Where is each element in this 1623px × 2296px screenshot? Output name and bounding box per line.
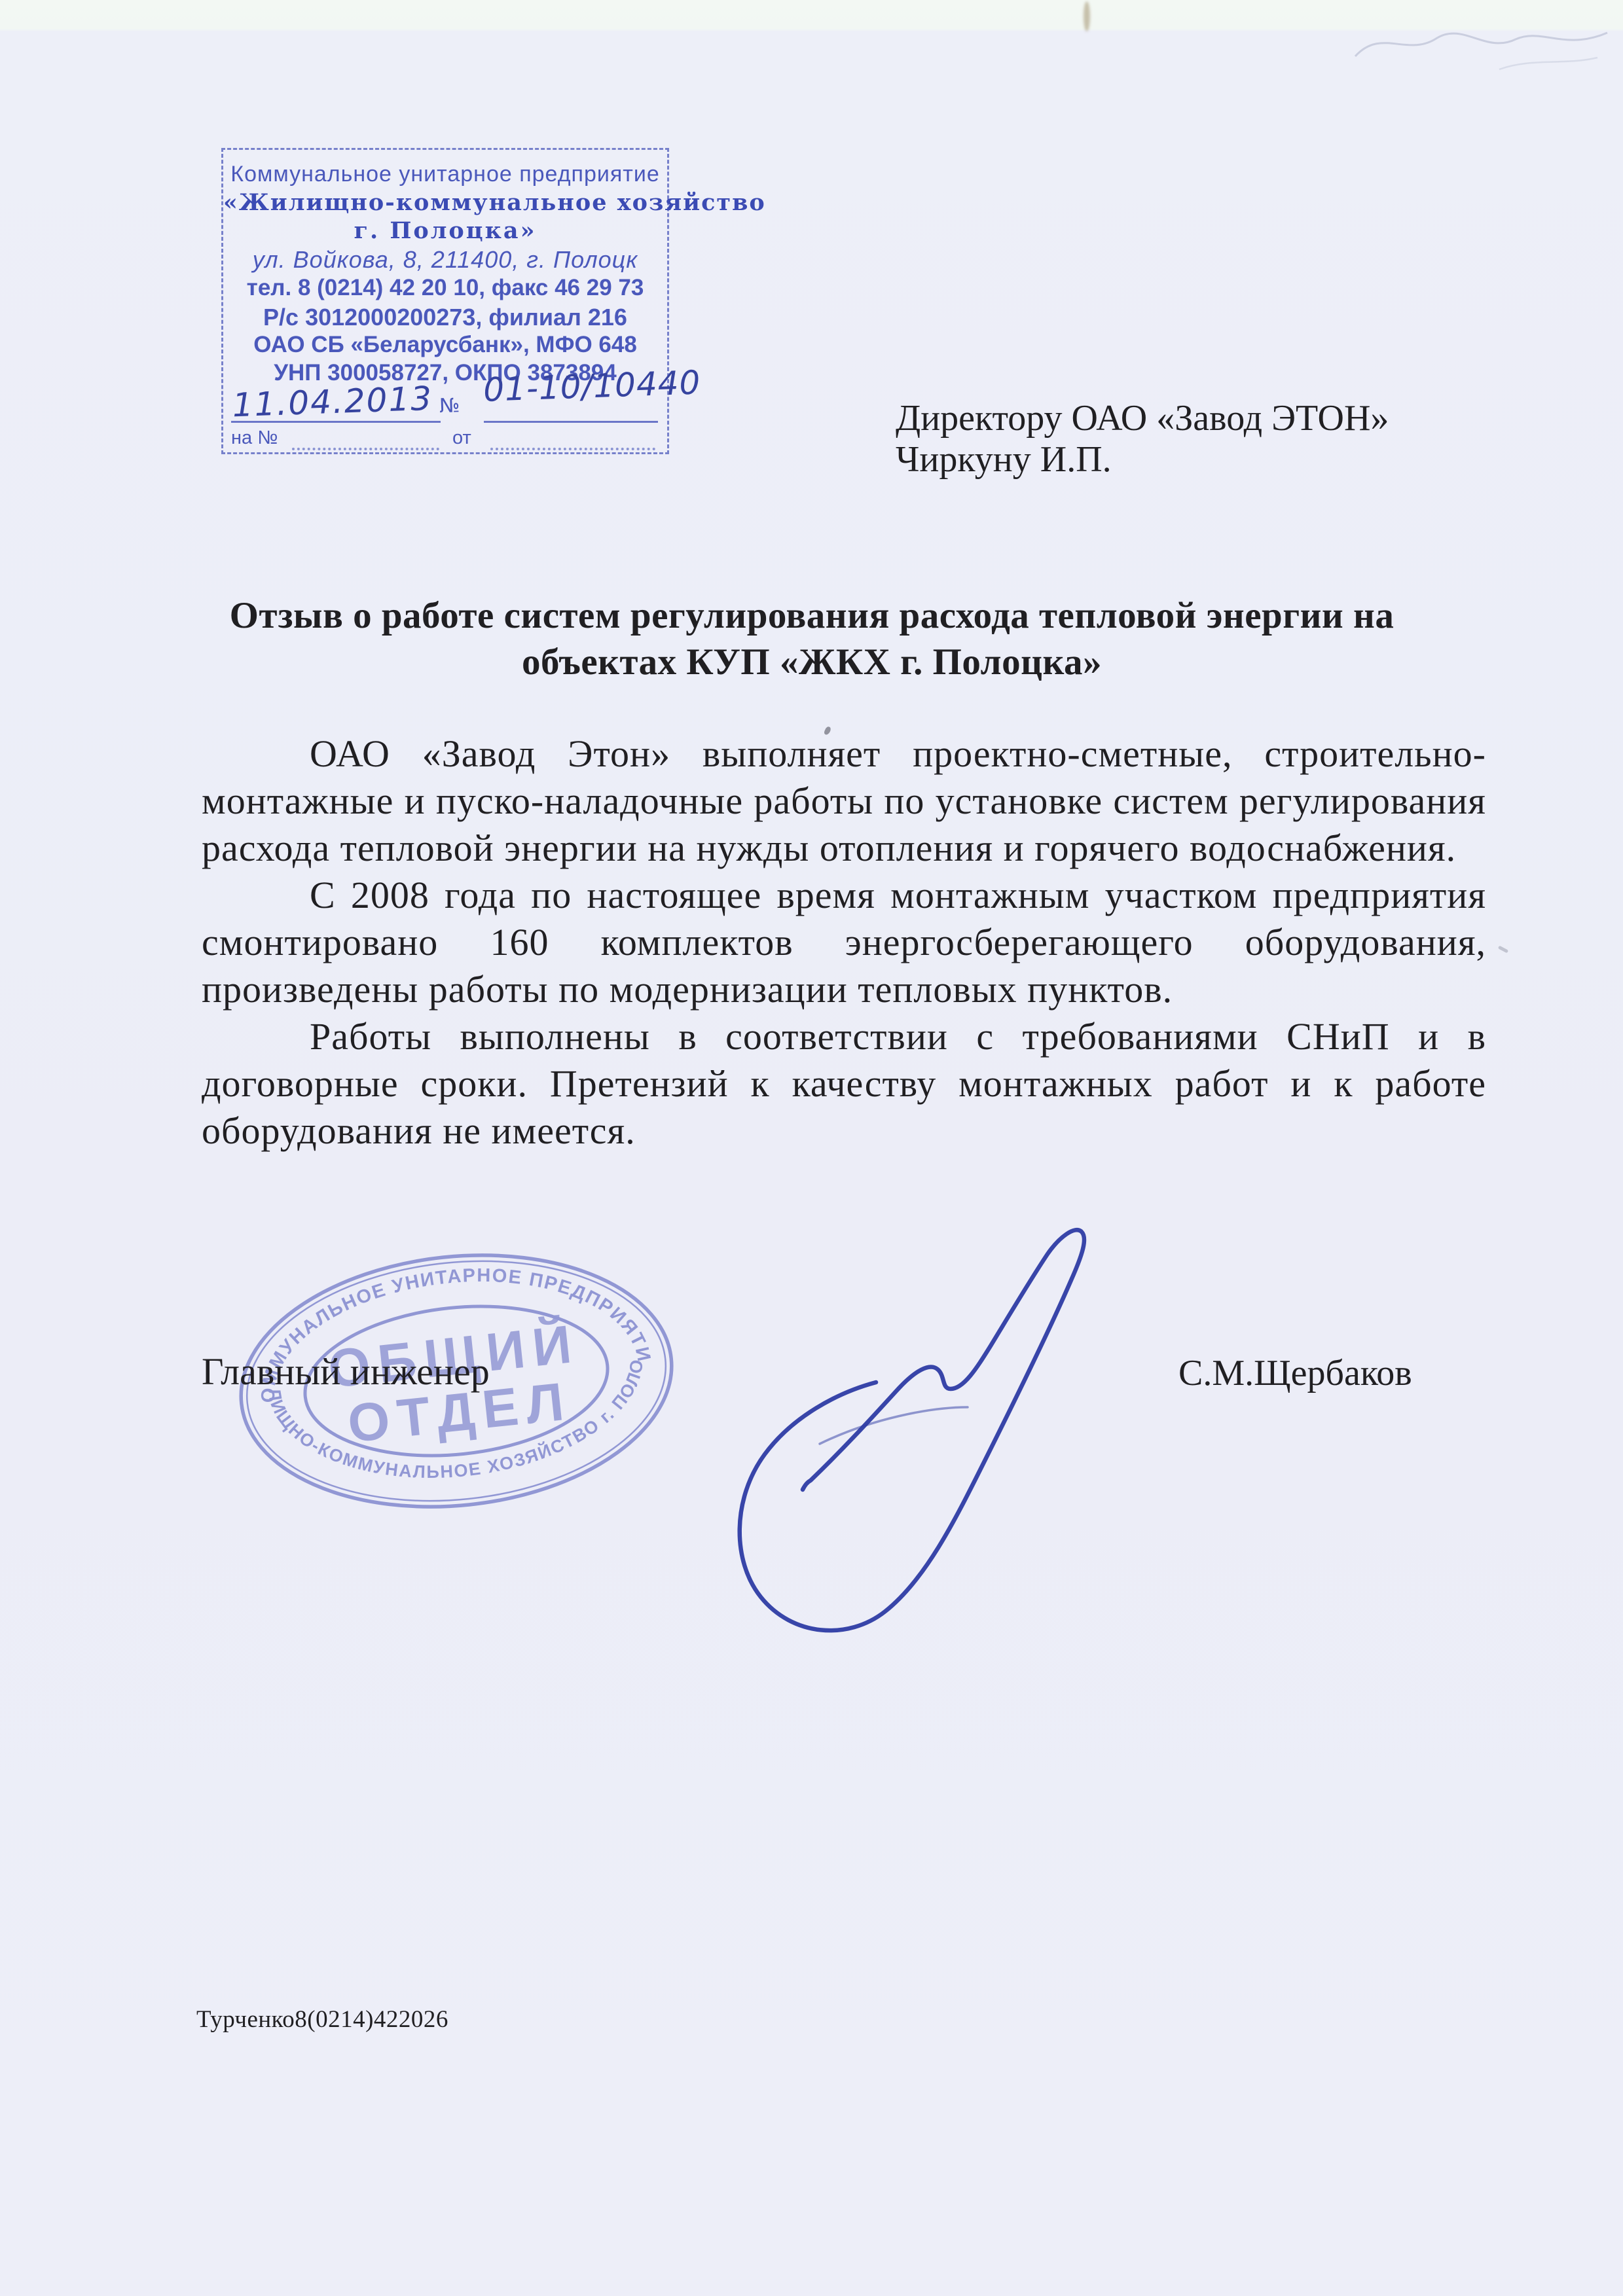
corner-stamp-address: ул. Войкова, 8, 211400, г. Полоцк <box>223 246 667 274</box>
handwritten-date: 11.04.2013 <box>232 380 433 425</box>
signoff-name: С.М.Щербаков <box>1178 1352 1412 1394</box>
letter-title-line-1: Отзыв о работе систем регулирования расх… <box>164 592 1460 639</box>
letter-title: Отзыв о работе систем регулирования расх… <box>164 592 1460 685</box>
faint-pencil-scribble <box>1336 5 1617 77</box>
corner-stamp-account: Р/с 3012000200273, филиал 216 <box>223 304 667 331</box>
addressee-line-2: Чиркуну И.П. <box>896 439 1389 480</box>
reply-from-label: от <box>452 427 471 449</box>
number-underline <box>484 421 658 423</box>
signature-ink <box>681 1202 1152 1647</box>
signoff-position-label: Главный инженер <box>202 1350 490 1393</box>
corner-stamp-org-name-1: «Жилищно-коммунальное хозяйство <box>223 189 667 216</box>
signature-light-stroke <box>820 1407 968 1444</box>
reply-number-label: на № <box>231 427 278 449</box>
paper-speck <box>1498 946 1508 954</box>
date-underline <box>231 421 441 423</box>
corner-stamp-phone: тел. 8 (0214) 42 20 10, факс 46 29 73 <box>223 275 667 301</box>
reply-from-line <box>490 448 655 450</box>
number-sign-label: № <box>439 394 460 418</box>
signature-main-stroke <box>740 1230 1084 1630</box>
handwritten-number: 01-10/10440 <box>483 363 701 409</box>
corner-stamp-org-name-2: г. Полоцка» <box>223 217 667 244</box>
letter-body: ОАО «Завод Этон» выполняет проектно-смет… <box>202 730 1486 1155</box>
body-paragraph: С 2008 года по настоящее время монтажным… <box>202 872 1486 1013</box>
corner-stamp-bank: ОАО СБ «Беларусбанк», МФО 648 <box>223 332 667 358</box>
body-paragraph: ОАО «Завод Этон» выполняет проектно-смет… <box>202 730 1486 872</box>
letter-title-line-2: объектах КУП «ЖКХ г. Полоцка» <box>164 639 1460 685</box>
addressee-line-1: Директору ОАО «Завод ЭТОН» <box>896 398 1389 439</box>
footer-contact: Турченко8(0214)422026 <box>196 2005 448 2034</box>
corner-stamp: Коммунальное унитарное предприятие «Жили… <box>221 148 669 454</box>
addressee-block: Директору ОАО «Завод ЭТОН» Чиркуну И.П. <box>896 398 1389 480</box>
reply-number-line <box>292 448 439 450</box>
paper-speck <box>1084 1 1090 31</box>
body-paragraph: Работы выполнены в соответствии с требов… <box>202 1013 1486 1155</box>
document-page: Коммунальное унитарное предприятие «Жили… <box>0 0 1623 2296</box>
corner-stamp-org-type: Коммунальное унитарное предприятие <box>223 162 667 187</box>
